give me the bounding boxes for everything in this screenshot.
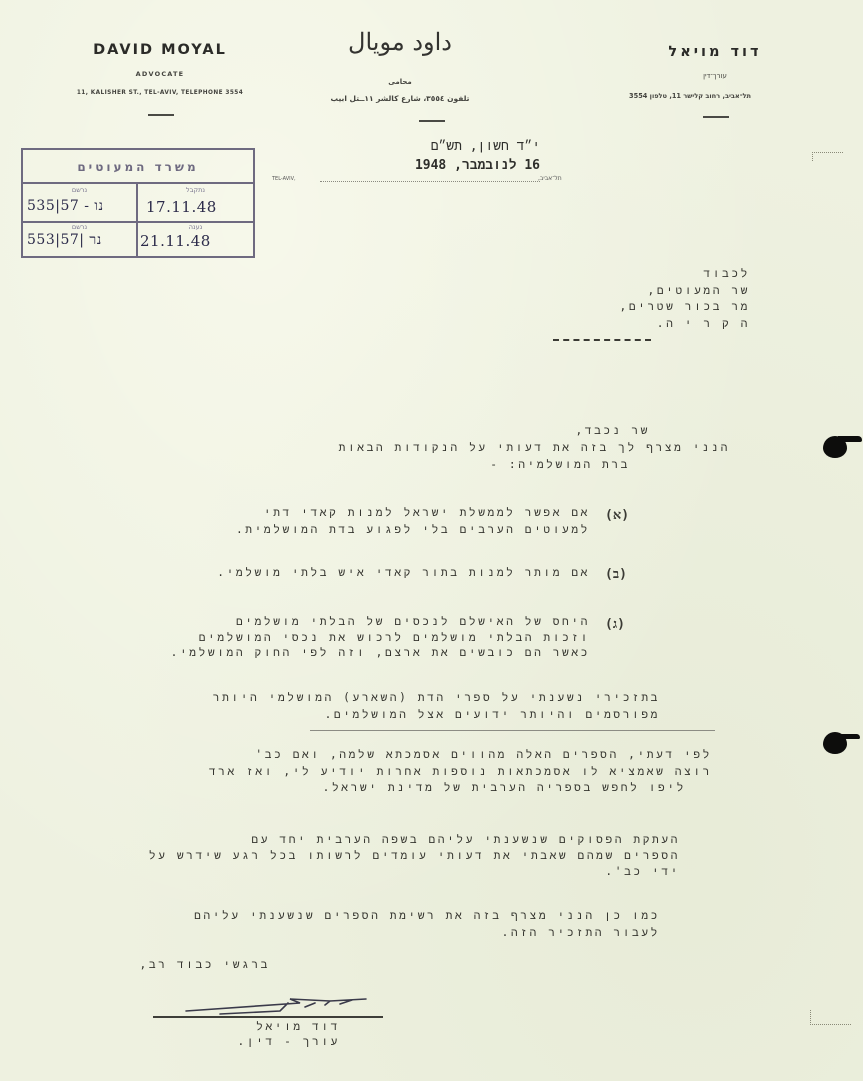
recipient-line: שר המעוטים, <box>520 283 750 300</box>
letterhead-english-divider <box>148 114 174 116</box>
registry-stamp: משרד המעוטים נתקבל 17.11.48 נרשם 535|57 … <box>21 148 255 258</box>
opinion-line-3: ליפו לחפש בספריה הערבית של מדינת ישראל. <box>100 780 686 797</box>
letterhead-hebrew-divider <box>703 116 729 118</box>
recipient-line: לכבוד <box>520 266 750 283</box>
letterhead-arabic-divider <box>419 120 445 122</box>
memo-line-2: מפורסמים והיותר ידועים אצל המושלמים. <box>70 707 660 724</box>
recipient-block: לכבוד שר המעוטים, מר בכור שטרים, ה ק ר י… <box>520 266 750 332</box>
memo-underline <box>310 730 715 731</box>
stamp-label-registered-2: נרשם <box>23 223 136 231</box>
letterhead-arabic-name: داود مويال <box>330 28 470 56</box>
corner-mark-top <box>812 152 843 161</box>
stamp-label-registered-1: נרשם <box>23 186 136 194</box>
letterhead-english-name: DAVID MOYAL <box>60 42 260 58</box>
letterhead-hebrew-title: עורך־דין <box>665 72 765 80</box>
letterhead-arabic-title: محامى <box>340 78 460 86</box>
salutation: שר נכבד, <box>520 423 650 440</box>
opinion-line-2: רוצה שאמציא לו אסמכתאות נוספות אחרות יוד… <box>80 764 712 781</box>
gregorian-date: 16 לנובמבר, 1948 <box>350 158 540 173</box>
stamp-grid: נתקבל 17.11.48 נרשם 535|57 - נו נענה 21.… <box>23 184 253 256</box>
item-marker-c: (ג) <box>605 616 645 632</box>
signatory-title: עורך - דין. <box>170 1034 340 1051</box>
stamp-label-answered: נענה <box>138 223 253 231</box>
date-dotted-line <box>320 181 540 182</box>
item-a-line-2: למעוטים הערבים בלי לפגוע בדת המושלמית. <box>150 522 590 539</box>
item-marker-b: (ב) <box>605 566 645 582</box>
copies-line-3: ידי כב'. <box>400 864 680 881</box>
intro-line-2: ברת המושלמיה: - <box>200 457 630 474</box>
intro-line-1: הנני מצרף לך בזה את דעותי על הנקודות הבא… <box>200 440 730 457</box>
stamp-value-registered-2: 553|57| נר <box>27 232 102 249</box>
punch-hole-bottom-tab <box>838 734 860 739</box>
letterhead-hebrew-address: תל־אביב, רחוב קלישר 11, טלפון 3554 <box>610 92 770 100</box>
attachment-line-2: לעבור התזכיר הזה. <box>200 925 660 942</box>
signature-line <box>153 1016 383 1018</box>
memo-line-1: בתזכירי נשענתי על ספרי הדת (השארע) המושל… <box>100 690 660 707</box>
stamp-title: משרד המעוטים <box>23 150 253 184</box>
item-a-line-1: אם אפשר לממשלת ישראל למנות קאדי דתי <box>150 505 590 522</box>
corner-mark-bottom <box>810 1010 851 1025</box>
copies-line-1: העתקת הפסוקים שנשענתי עליהם בשפה הערבית … <box>100 832 680 849</box>
stamp-label-received: נתקבל <box>138 186 253 194</box>
letterhead-arabic-address: تلفون ٣٥٥٤، شارع كالشر ١١ــتل ابيب <box>300 94 500 103</box>
letterhead-english-address: 11, KALISHER ST., TEL-AVIV, TELEPHONE 35… <box>40 90 280 96</box>
stamp-cell-registered-2: נרשם 553|57| נר <box>23 222 136 256</box>
recipient-underline <box>553 339 651 341</box>
hebrew-date: י״ד חשון, תש״ם <box>350 139 540 154</box>
attachment-line-1: כמו כן הנני מצרף בזה את רשימת הספרים שנש… <box>70 908 660 925</box>
stamp-cell-received: נתקבל 17.11.48 <box>138 184 253 221</box>
letterhead-hebrew-name: דוד מויאל <box>640 44 790 60</box>
place-label-english: TEL-AVIV, <box>272 176 296 182</box>
closing-phrase: ברגשי כבוד רב, <box>130 957 270 974</box>
stamp-value-registered-1: 535|57 - נו <box>27 198 104 215</box>
stamp-value-answered: 21.11.48 <box>140 232 211 250</box>
punch-hole-top-tab <box>838 436 862 442</box>
letterhead-english-title: ADVOCATE <box>60 70 260 78</box>
item-c-line-3: כאשר הם כובשים את ארצם, וזה לפי החוק המו… <box>90 645 590 662</box>
item-b-line-1: אם מותר למנות בתור קאדי איש בלתי מושלמי. <box>150 565 590 582</box>
stamp-cell-registered-1: נרשם 535|57 - נו <box>23 184 136 221</box>
recipient-line: מר בכור שטרים, <box>520 299 750 316</box>
recipient-line: ה ק ר י ה. <box>520 316 750 333</box>
place-label-hebrew: תל־אביב, <box>538 175 562 182</box>
stamp-value-received: 17.11.48 <box>146 198 217 216</box>
opinion-line-1: לפי דעתי, הספרים האלה מהווים אסמכתא שלמה… <box>100 747 712 764</box>
item-marker-a: (א) <box>605 507 645 523</box>
item-c-line-1: היחס של האישלם לנכסים של הבלתי מושלמים <box>150 614 590 631</box>
stamp-cell-answered: נענה 21.11.48 <box>138 222 253 256</box>
copies-line-2: הספרים שמהם שאבתי את דעותי עומדים לרשותו… <box>70 848 680 865</box>
